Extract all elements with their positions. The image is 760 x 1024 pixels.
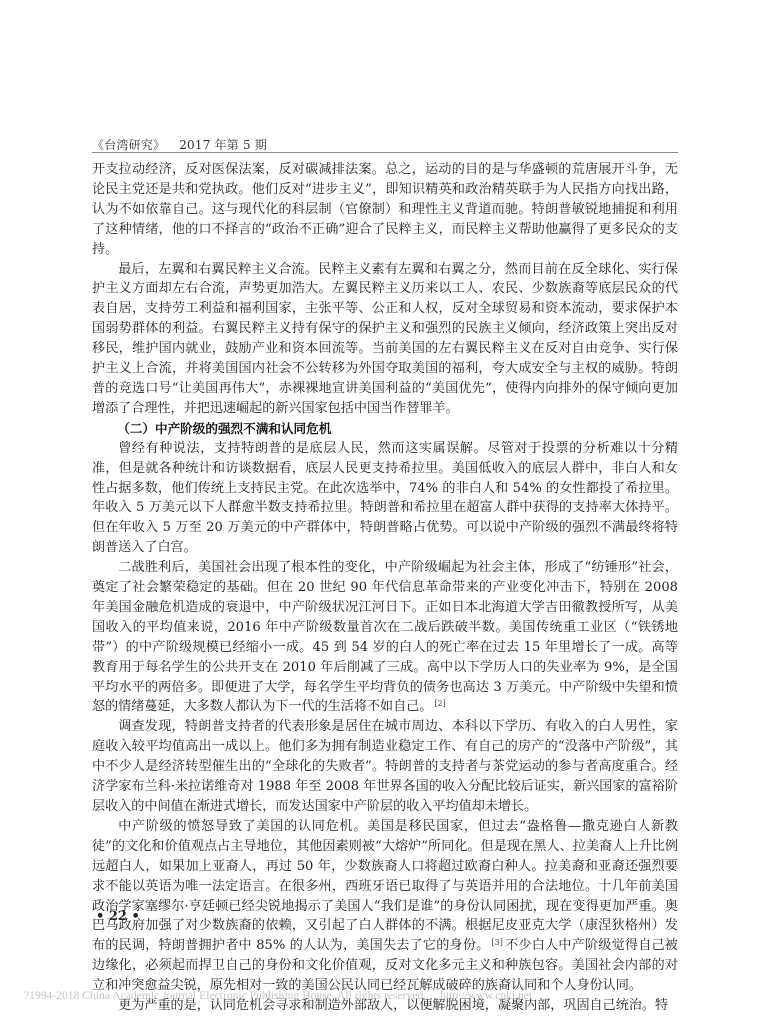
section-heading: （二）中产阶级的强烈不满和认同危机: [92, 419, 678, 439]
paragraph-text: 中产阶级的愤怒导致了美国的认同危机。美国是移民国家，但过去“盎格鲁—撒克逊白人新…: [92, 819, 678, 953]
copyright-text: ?1994-2018 China Academic Journal Electr…: [24, 989, 426, 1002]
journal-title: 《台湾研究》: [92, 138, 165, 152]
paragraph-voter-analysis: 曾经有种说法，支持特朗普的是底层人民，然而这实属误解。尽管对于投票的分析难以十分…: [92, 439, 678, 558]
citation-ref-3[interactable]: [3]: [492, 938, 503, 947]
header-rule: [92, 152, 678, 153]
issue-number: 2017 年第 5 期: [179, 138, 267, 152]
citation-ref-2[interactable]: [2]: [434, 699, 445, 708]
copyright-footer: ?1994-2018 China Academic Journal Electr…: [24, 989, 532, 1002]
page-number: • 22 •: [96, 909, 140, 924]
paragraph-middle-class-decline: 二战胜利后，美国社会出现了根本性的变化，中产阶级崛起为社会主体，形成了“纺锤形”…: [92, 558, 678, 717]
paragraph-supporter-profile: 调查发现，特朗普支持者的代表形象是居住在城市周边、本科以下学历、有收入的白人男性…: [92, 717, 678, 817]
paragraph-populism-merge: 最后，左翼和右翼民粹主义合流。民粹主义素有左翼和右翼之分，然而目前在反全球化、实…: [92, 260, 678, 419]
paragraph-identity-crisis: 中产阶级的愤怒导致了美国的认同危机。美国是移民国家，但过去“盎格鲁—撒克逊白人新…: [92, 817, 678, 996]
paragraph-continued: 开支拉动经济，反对医保法案，反对碳减排法案。总之，运动的目的是与华盛顿的荒唐展开…: [92, 160, 678, 260]
footer-url[interactable]: http://www.cnki.net: [440, 989, 532, 1002]
running-header: 《台湾研究》2017 年第 5 期: [92, 136, 267, 153]
article-body: 开支拉动经济，反对医保法案，反对碳减排法案。总之，运动的目的是与华盛顿的荒唐展开…: [92, 160, 678, 1016]
paragraph-text: 二战胜利后，美国社会出现了根本性的变化，中产阶级崛起为社会主体，形成了“纺锤形”…: [92, 560, 678, 714]
